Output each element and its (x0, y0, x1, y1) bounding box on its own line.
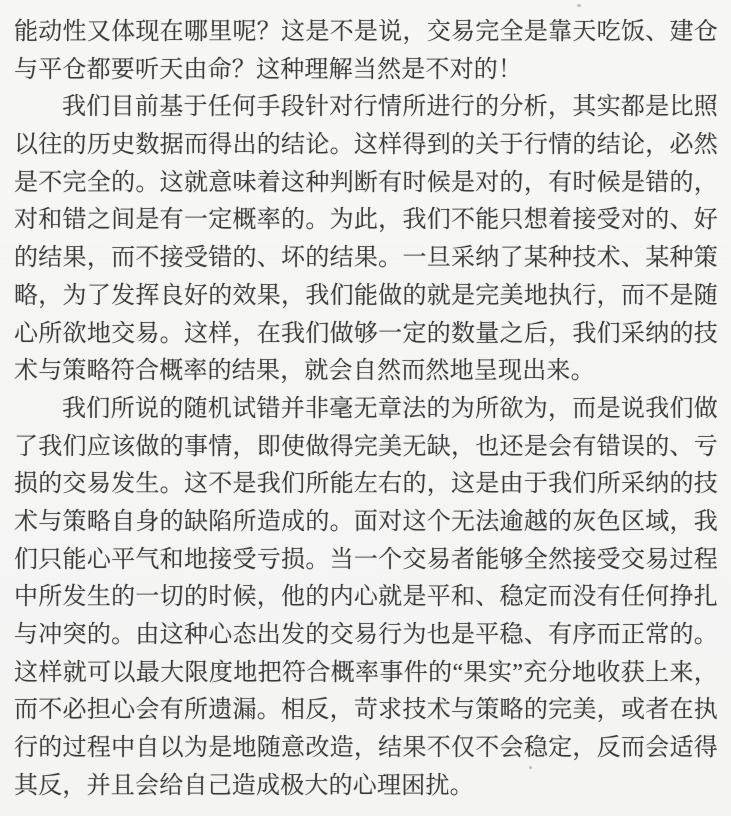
body-text: 能动性又体现在哪里呢？这是不是说，交易完全是靠天吃饭、建仓 与平仓都要听天由命？… (14, 14, 718, 805)
text-line: 损的交易发生。这不是我们所能左右的，这是由于我们所采纳的技 (14, 466, 718, 504)
text-line: 的结果，而不接受错的、坏的结果。一旦采纳了某种技术、某种策 (14, 240, 718, 278)
text-line: 中所发生的一切的时候，他的内心就是平和、稳定而没有任何挣扎 (14, 579, 718, 617)
text-line: 与平仓都要听天由命？这种理解当然是不对的！ (14, 52, 718, 90)
text-line: 心所欲地交易。这样，在我们做够一定的数量之后，我们采纳的技 (14, 316, 718, 354)
text-line: 对和错之间是有一定概率的。为此，我们不能只想着接受对的、好 (14, 202, 718, 240)
page: 能动性又体现在哪里呢？这是不是说，交易完全是靠天吃饭、建仓 与平仓都要听天由命？… (0, 0, 731, 816)
text-line: 这样就可以最大限度地把符合概率事件的“果实”充分地收获上来， (14, 655, 718, 693)
scan-speck (577, 4, 581, 7)
text-line: 我们目前基于任何手段针对行情所进行的分析，其实都是比照 (14, 89, 718, 127)
text-line: 术与策略符合概率的结果，就会自然而然地呈现出来。 (14, 353, 718, 391)
text-line: 略，为了发挥良好的效果，我们能做的就是完美地执行，而不是随 (14, 278, 718, 316)
text-line: 是不完全的。这就意味着这种判断有时候是对的，有时候是错的， (14, 165, 718, 203)
text-line: 术与策略自身的缺陷所造成的。面对这个无法逾越的灰色区域，我 (14, 504, 718, 542)
text-line: 了我们应该做的事情，即使做得完美无缺，也还是会有错误的、亏 (14, 429, 718, 467)
text-line: 们只能心平气和地接受亏损。当一个交易者能够全然接受交易过程 (14, 542, 718, 580)
text-line: 行的过程中自以为是地随意改造，结果不仅不会稳定，反而会适得 (14, 730, 718, 768)
text-line: 与冲突的。由这种心态出发的交易行为也是平稳、有序而正常的。 (14, 617, 718, 655)
scanned-book-page: { "page": { "paper_color": "#f5f5f4", "i… (0, 0, 731, 816)
text-line: 能动性又体现在哪里呢？这是不是说，交易完全是靠天吃饭、建仓 (14, 14, 718, 52)
text-line: 而不必担心会有所遗漏。相反，苛求技术与策略的完美，或者在执 (14, 692, 718, 730)
text-line: 以往的历史数据而得出的结论。这样得到的关于行情的结论，必然 (14, 127, 718, 165)
text-line: 其反，并且会给自己造成极大的心理困扰。 (14, 768, 718, 806)
text-line: 我们所说的随机试错并非毫无章法的为所欲为，而是说我们做 (14, 391, 718, 429)
